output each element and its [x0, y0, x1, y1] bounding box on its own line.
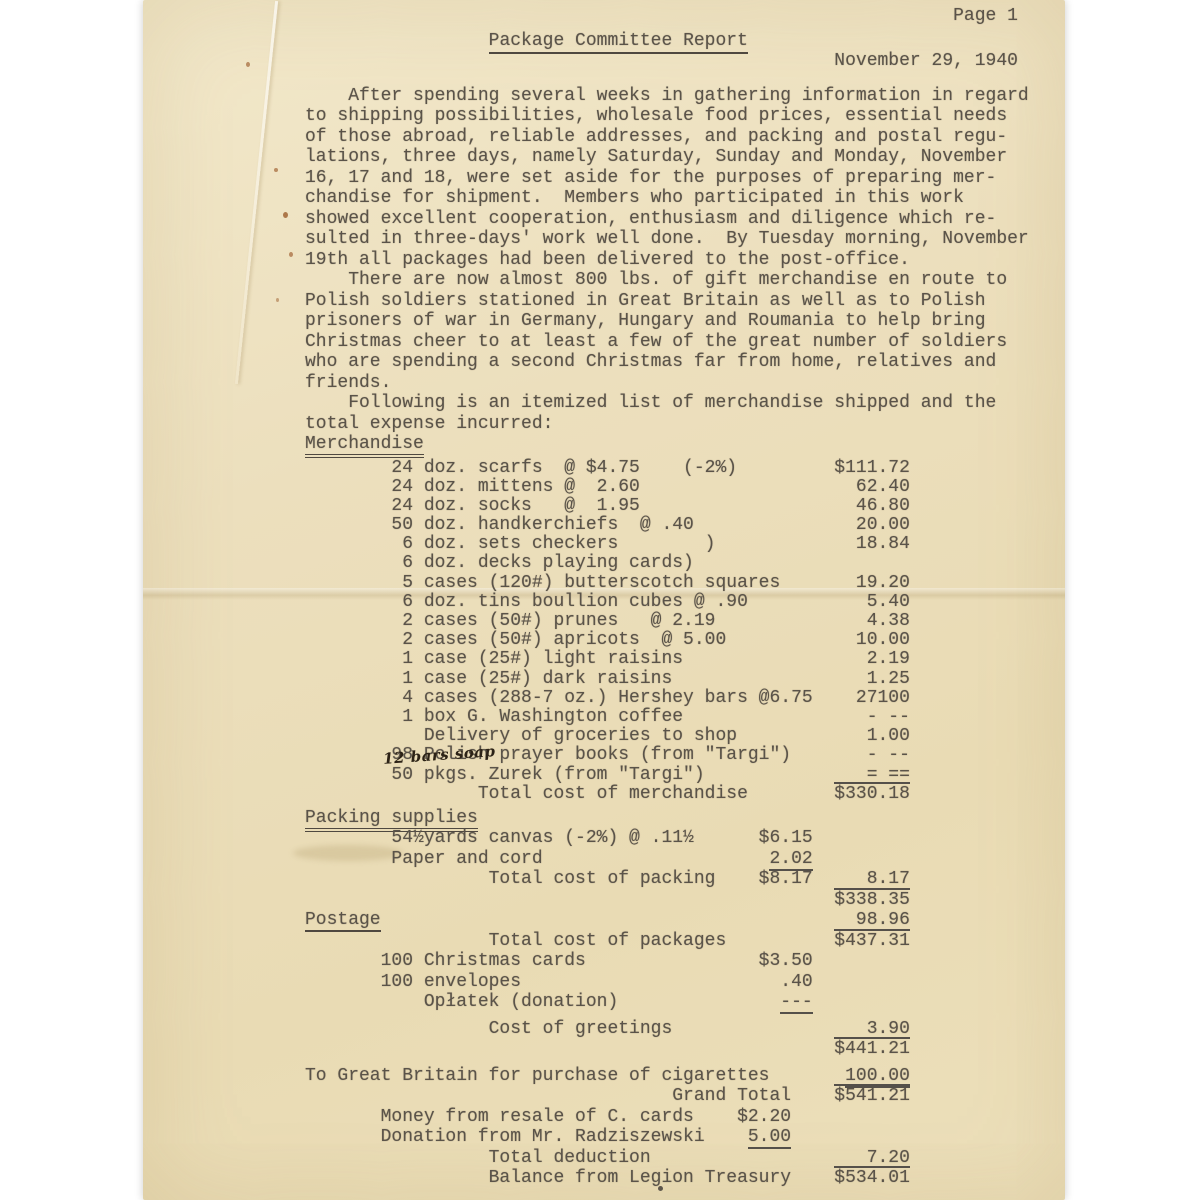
typed-text: Page 1 Package Committee Report November… — [305, 6, 1029, 1189]
typed-line: Polish soldiers stationed in Great Brita… — [305, 291, 1029, 312]
text-run: 5 cases (120#) butterscotch squares 19.2… — [305, 573, 910, 593]
typed-line: Following is an itemized list of merchan… — [305, 393, 1029, 414]
text-run: There are now almost 800 lbs. of gift me… — [305, 270, 1007, 290]
typed-line: Money from resale of C. cards $2.20 — [305, 1107, 1029, 1128]
text-run: of those abroad, reliable addresses, and… — [305, 127, 1007, 147]
text-run: Paper and cord — [305, 849, 769, 869]
typed-line: lations, three days, namely Saturday, Su… — [305, 147, 1029, 168]
typed-line: 6 doz. sets checkers ) 18.84 — [305, 535, 1029, 554]
text-run: Cost of greetings 3.90 — [305, 1019, 910, 1039]
typed-line: 54½yards canvas (-2%) @ .11½ $6.15 — [305, 828, 1029, 849]
typed-line: of those abroad, reliable addresses, and… — [305, 127, 1029, 148]
text-run — [305, 31, 489, 51]
text-run-ol: $338.35 — [834, 888, 910, 910]
text-run: 24 doz. mittens @ 2.60 62.40 — [305, 477, 910, 497]
typed-line: Package Committee Report — [305, 31, 1029, 52]
typed-line: Opłatek (donation) --- — [305, 992, 1029, 1013]
typed-line: Balance from Legion Treasury $534.01 — [305, 1168, 1029, 1189]
typed-line: 2 cases (50#) apricots @ 5.00 10.00 — [305, 631, 1029, 650]
typed-line: Packing supplies — [305, 808, 1029, 829]
typed-line: who are spending a second Christmas far … — [305, 352, 1029, 373]
text-run — [305, 890, 834, 910]
text-run: After spending several weeks in gatherin… — [305, 86, 1029, 106]
text-run: 100 envelopes .40 — [305, 972, 813, 992]
typed-line: sulted in three-days' work well done. By… — [305, 229, 1029, 250]
text-run: lations, three days, namely Saturday, Su… — [305, 147, 1007, 167]
text-run-head2: Merchandise — [305, 434, 424, 458]
typed-line: Donation from Mr. Radziszewski 5.00 — [305, 1127, 1029, 1148]
typed-line: Total cost of merchandise $330.18 — [305, 785, 1029, 804]
typed-line: 100 Christmas cards $3.50 — [305, 951, 1029, 972]
text-run: 6 doz. sets checkers ) 18.84 — [305, 534, 910, 554]
text-run: 24 doz. socks @ 1.95 46.80 — [305, 496, 910, 516]
typed-line: Merchandise — [305, 434, 1029, 455]
text-run: 1 box G. Washington coffee - -- — [305, 707, 910, 727]
text-run: 6 doz. decks playing cards) — [305, 553, 694, 573]
rust-speck — [276, 298, 279, 302]
text-run: Following is an itemized list of merchan… — [305, 393, 996, 413]
typed-line: Paper and cord 2.02 — [305, 849, 1029, 870]
text-run: 1 case (25#) light raisins 2.19 — [305, 649, 910, 669]
typed-line: There are now almost 800 lbs. of gift me… — [305, 270, 1029, 291]
typed-line: chandise for shipment. Members who parti… — [305, 188, 1029, 209]
rust-speck — [289, 252, 293, 257]
text-run — [305, 1039, 834, 1059]
text-run: 50 doz. handkerchiefs @ .40 20.00 — [305, 515, 910, 535]
typed-line: Total cost of packing $8.17 8.17 — [305, 869, 1029, 890]
text-run-ol: $541.21 — [834, 1084, 910, 1106]
typed-line: Cost of greetings 3.90 — [305, 1019, 1029, 1040]
text-run: to shipping possibilities, wholesale foo… — [305, 106, 1007, 126]
typed-line: November 29, 1940 — [305, 51, 1029, 72]
document-page: Page 1 Package Committee Report November… — [143, 0, 1065, 1200]
text-run: 50 pkgs. Zurek (from "Targi") = == — [305, 765, 910, 785]
text-run: 2 cases (50#) prunes @ 2.19 4.38 — [305, 611, 910, 631]
text-run: 2 cases (50#) apricots @ 5.00 10.00 — [305, 630, 910, 650]
typed-line: 1 box G. Washington coffee - -- — [305, 708, 1029, 727]
text-run: Delivery of groceries to shop 1.00 — [305, 726, 910, 746]
typed-line: 50 pkgs. Zurek (from "Targi") = == — [305, 766, 1029, 785]
typed-line: Page 1 — [305, 6, 1029, 27]
text-run: Total cost of packing $8.17 8.17 — [305, 869, 910, 889]
text-run: Polish soldiers stationed in Great Brita… — [305, 291, 986, 311]
text-run: 16, 17 and 18, were set aside for the pu… — [305, 168, 996, 188]
typed-line: showed excellent cooperation, enthusiasm… — [305, 209, 1029, 230]
typed-line: prisoners of war in Germany, Hungary and… — [305, 311, 1029, 332]
typed-line: After spending several weeks in gatherin… — [305, 86, 1029, 107]
typed-line: Total deduction 7.20 — [305, 1148, 1029, 1169]
typed-line: 16, 17 and 18, were set aside for the pu… — [305, 168, 1029, 189]
text-run: friends. — [305, 373, 391, 393]
text-run: Donation from Mr. Radziszewski — [305, 1127, 748, 1147]
text-run: showed excellent cooperation, enthusiasm… — [305, 209, 996, 229]
text-run — [305, 51, 834, 71]
typed-line: 4 cases (288-7 oz.) Hershey bars @6.75 2… — [305, 689, 1029, 708]
text-run: November 29, 1940 — [834, 51, 1018, 71]
text-run: Money from resale of C. cards $2.20 — [305, 1107, 791, 1127]
text-run: Total cost of merchandise — [305, 784, 834, 804]
text-run: 100 Christmas cards $3.50 — [305, 951, 813, 971]
text-run-ol: $330.18 — [834, 782, 910, 804]
typed-line: Delivery of groceries to shop 1.00 — [305, 727, 1029, 746]
typed-line: 1 case (25#) dark raisins 1.25 — [305, 670, 1029, 689]
text-run: 6 doz. tins boullion cubes @ .90 5.40 — [305, 592, 910, 612]
typed-line: 1 case (25#) light raisins 2.19 — [305, 650, 1029, 669]
text-run: prisoners of war in Germany, Hungary and… — [305, 311, 986, 331]
typed-line: $338.35 — [305, 890, 1029, 911]
text-run: Page 1 — [305, 6, 1018, 26]
text-run: 24 doz. scarfs @ $4.75 (-2%) $111.72 — [305, 458, 910, 478]
text-run-ol: $437.31 — [834, 929, 910, 951]
text-run: Total cost of packages — [305, 931, 834, 951]
typed-line: $441.21 — [305, 1039, 1029, 1060]
text-run: 54½yards canvas (-2%) @ .11½ $6.15 — [305, 828, 813, 848]
text-run: 1 case (25#) dark raisins 1.25 — [305, 669, 910, 689]
typed-line: Total cost of packages $437.31 — [305, 931, 1029, 952]
typed-line: 24 doz. mittens @ 2.60 62.40 — [305, 478, 1029, 497]
text-run: To Great Britain for purchase of cigaret… — [305, 1066, 845, 1086]
text-run: 4 cases (288-7 oz.) Hershey bars @6.75 2… — [305, 688, 910, 708]
typed-line: 50 doz. handkerchiefs @ .40 20.00 — [305, 516, 1029, 535]
typed-line: Postage 98.96 — [305, 910, 1029, 931]
text-run: total expense incurred: — [305, 414, 553, 434]
typed-line: 24 doz. scarfs @ $4.75 (-2%) $111.72 — [305, 459, 1029, 478]
typed-line: 6 doz. decks playing cards) — [305, 554, 1029, 573]
text-run: sulted in three-days' work well done. By… — [305, 229, 1029, 249]
text-run-ol: $441.21 — [834, 1037, 910, 1059]
text-run: 19th all packages had been delivered to … — [305, 250, 910, 270]
text-run: Balance from Legion Treasury — [305, 1168, 834, 1188]
text-run: 98.96 — [381, 910, 910, 930]
text-run: chandise for shipment. Members who parti… — [305, 188, 964, 208]
text-run: Christmas cheer to at least a few of the… — [305, 332, 1007, 352]
rust-speck — [246, 62, 250, 67]
rust-speck — [274, 168, 278, 172]
typed-line: Grand Total $541.21 — [305, 1086, 1029, 1107]
text-run-ul: --- — [780, 992, 812, 1014]
rust-speck — [283, 212, 288, 218]
typed-line: Christmas cheer to at least a few of the… — [305, 332, 1029, 353]
paper-crease-vertical — [235, 1, 278, 384]
typed-line: to shipping possibilities, wholesale foo… — [305, 106, 1029, 127]
text-run-ul: 2.02 — [769, 849, 812, 871]
text-run-ul: 5.00 — [748, 1127, 791, 1149]
text-run: Grand Total — [305, 1086, 834, 1106]
typed-line: To Great Britain for purchase of cigaret… — [305, 1066, 1029, 1087]
typed-line: 2 cases (50#) prunes @ 2.19 4.38 — [305, 612, 1029, 631]
text-run: Total deduction 7.20 — [305, 1148, 910, 1168]
typed-line: total expense incurred: — [305, 414, 1029, 435]
typed-line: 6 doz. tins boullion cubes @ .90 5.40 — [305, 593, 1029, 612]
text-run: who are spending a second Christmas far … — [305, 352, 996, 372]
text-run: Opłatek (donation) — [305, 992, 780, 1012]
text-run-head3: Postage — [305, 910, 381, 932]
typed-line: 24 doz. socks @ 1.95 46.80 — [305, 497, 1029, 516]
typed-line: friends. — [305, 373, 1029, 394]
typed-line: 5 cases (120#) butterscotch squares 19.2… — [305, 574, 1029, 593]
typed-line: 19th all packages had been delivered to … — [305, 250, 1029, 271]
typed-line: 100 envelopes .40 — [305, 972, 1029, 993]
text-run-ol: $534.01 — [834, 1166, 910, 1188]
